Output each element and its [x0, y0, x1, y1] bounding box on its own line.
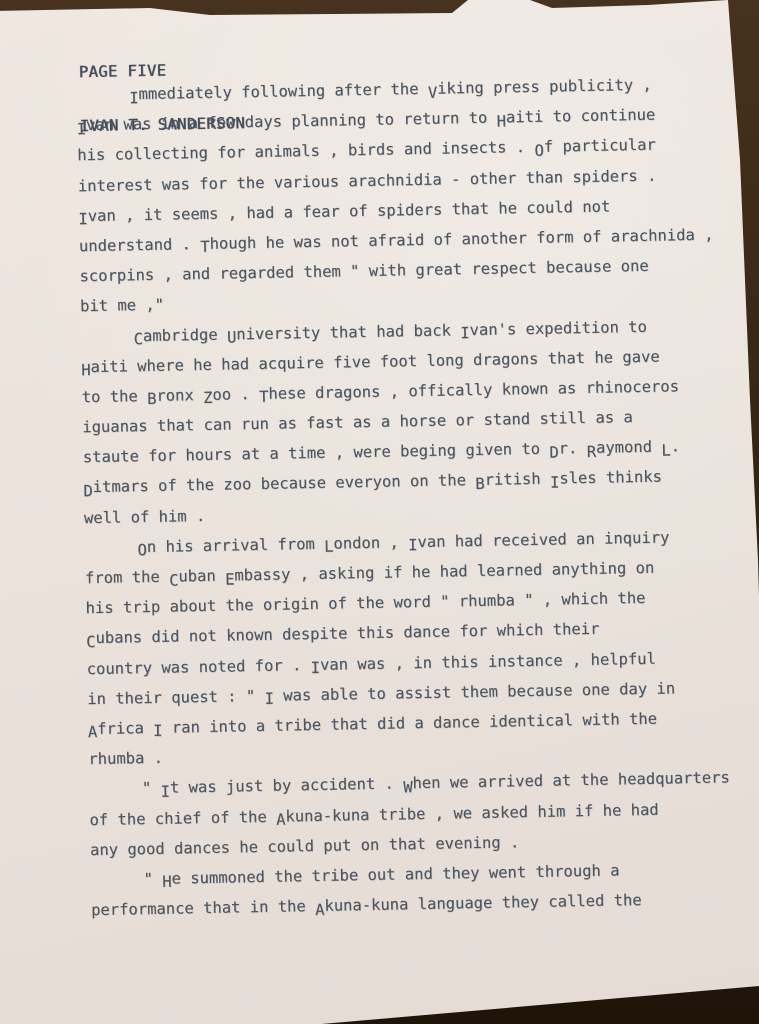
paragraph: Immediately following after the Viking p…: [76, 68, 740, 322]
typed-text-body: Immediately following after the Viking p…: [76, 68, 751, 925]
paragraph: " It was just by accident . When we arri…: [89, 762, 751, 865]
typed-content: PAGE FIVE IVAN T. SANDERSON Immediately …: [0, 0, 759, 1024]
paper-sheet: PAGE FIVE IVAN T. SANDERSON Immediately …: [0, 0, 759, 1024]
paragraph: Cambridge University that had back Ivan'…: [80, 310, 744, 533]
paragraph: " He summoned the tribe out and they wen…: [90, 853, 751, 925]
paragraph: On his arrival from London , Ivan had re…: [84, 521, 748, 775]
